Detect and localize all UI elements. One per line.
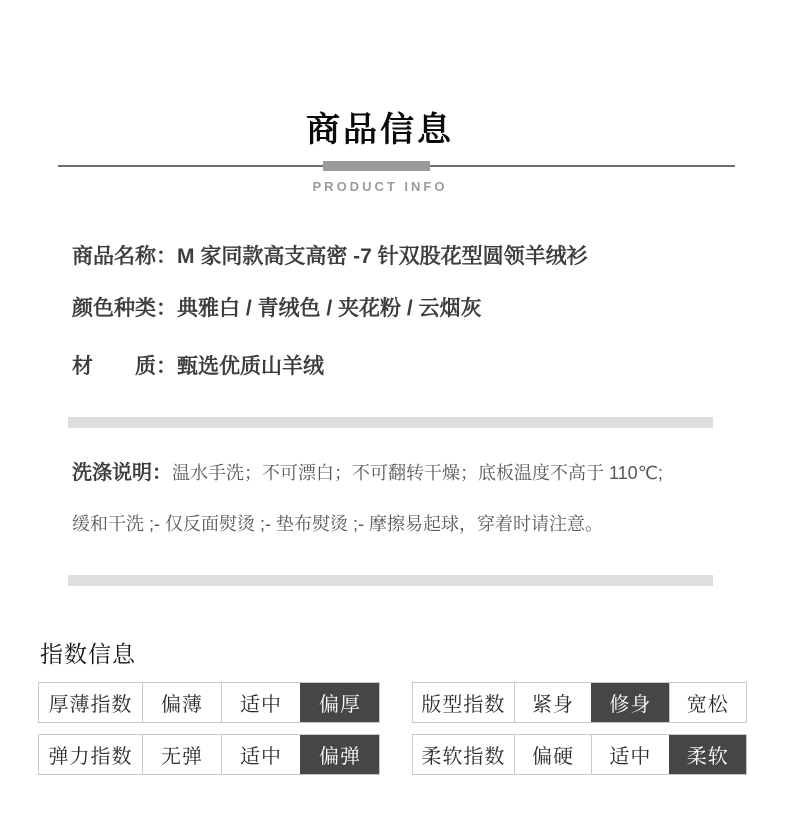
product-name-label: 商品名称： [72, 245, 177, 268]
title-underline-bar [323, 161, 430, 171]
index-table-softness: 柔软指数 偏硬 适中 柔软 [412, 734, 747, 775]
page-title: 商品信息 [0, 112, 760, 149]
care-instructions-line1: 洗涤说明：温水手洗；不可漂白；不可翻转干燥；底板温度不高于 110℃; [72, 461, 663, 486]
product-colors-value: 典雅白 / 青绒色 / 夹花粉 / 云烟灰 [177, 297, 482, 320]
index-option: 宽松 [669, 683, 746, 722]
index-table-fit: 版型指数 紧身 修身 宽松 [412, 682, 747, 723]
index-option-selected: 柔软 [669, 735, 746, 774]
section-divider [68, 417, 713, 428]
care-text-line1: 温水手洗；不可漂白；不可翻转干燥；底板温度不高于 110℃; [172, 463, 663, 483]
index-section-heading: 指数信息 [40, 636, 136, 669]
index-table-header: 弹力指数 [39, 735, 142, 774]
index-option: 无弹 [142, 735, 221, 774]
index-table-header: 厚薄指数 [39, 683, 142, 722]
index-option: 偏薄 [142, 683, 221, 722]
section-divider [68, 575, 713, 586]
product-name-row: 商品名称：M 家同款高支高密 -7 针双股花型圆领羊绒衫 [72, 244, 588, 269]
product-info-page: 商品信息 PRODUCT INFO 商品名称：M 家同款高支高密 -7 针双股花… [0, 0, 790, 832]
index-option-selected: 修身 [591, 683, 668, 722]
product-colors-row: 颜色种类：典雅白 / 青绒色 / 夹花粉 / 云烟灰 [72, 296, 482, 321]
care-instructions-line2: 缓和干洗 ;- 仅反面熨烫 ;- 垫布熨烫 ;- 摩擦易起球，穿着时请注意。 [72, 513, 603, 536]
care-label: 洗涤说明： [72, 462, 172, 484]
index-table-header: 柔软指数 [413, 735, 514, 774]
index-option-selected: 偏厚 [300, 683, 379, 722]
index-option: 紧身 [514, 683, 591, 722]
index-option: 适中 [221, 735, 300, 774]
product-name-value: M 家同款高支高密 -7 针双股花型圆领羊绒衫 [177, 245, 588, 268]
index-table-elasticity: 弹力指数 无弹 适中 偏弹 [38, 734, 380, 775]
index-option: 适中 [221, 683, 300, 722]
product-material-label: 材 质： [72, 355, 177, 378]
index-option: 适中 [591, 735, 668, 774]
product-material-row: 材 质：甄选优质山羊绒 [72, 354, 324, 379]
page-subtitle: PRODUCT INFO [0, 179, 760, 194]
index-option: 偏硬 [514, 735, 591, 774]
care-text-line2: 缓和干洗 ;- 仅反面熨烫 ;- 垫布熨烫 ;- 摩擦易起球，穿着时请注意。 [72, 514, 603, 534]
index-table-header: 版型指数 [413, 683, 514, 722]
index-table-thickness: 厚薄指数 偏薄 适中 偏厚 [38, 682, 380, 723]
product-material-value: 甄选优质山羊绒 [177, 355, 324, 378]
index-option-selected: 偏弹 [300, 735, 379, 774]
product-colors-label: 颜色种类： [72, 297, 177, 320]
